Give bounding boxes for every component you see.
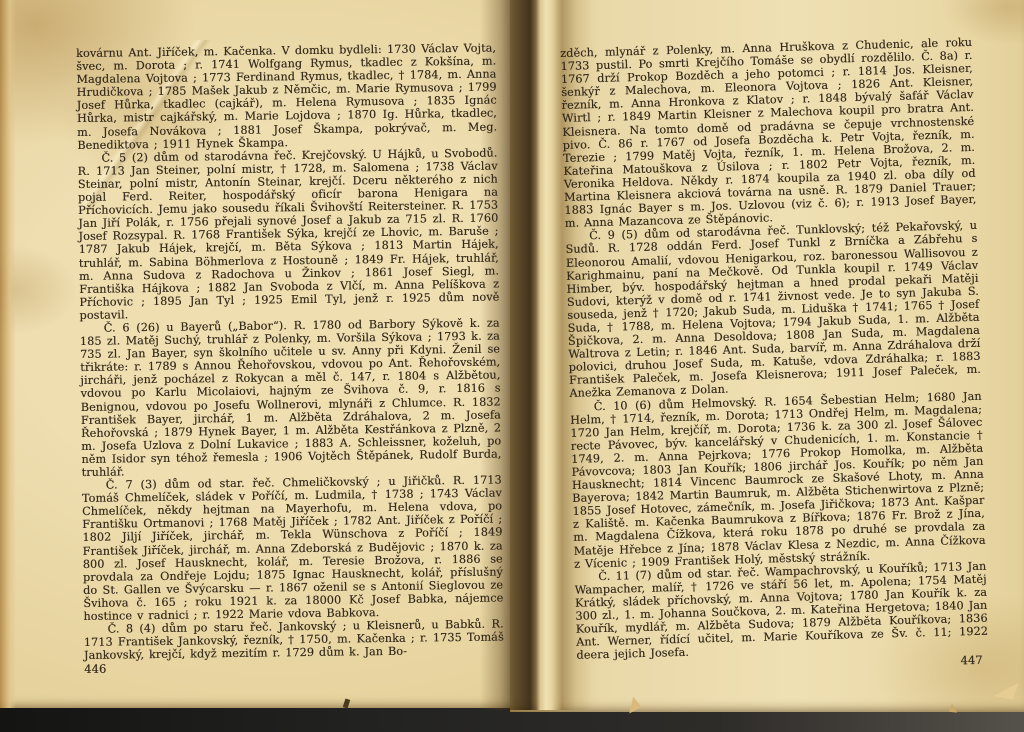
paragraph: Č. 10 (6) dům Helmovský. R. 1654 Šebesti… — [570, 389, 986, 570]
paragraph: Č. 11 (7) dům od star. řeč. Wampachrovsk… — [574, 559, 988, 662]
paragraph: Č. 8 (4) dům po staru řeč. Jankovský ; u… — [84, 618, 504, 663]
paragraph: kovárnu Ant. Jiříček, m. Kačenka. V domk… — [76, 42, 497, 152]
paragraph: Č. 6 (26) u Bayerů („Babor“). R. 1780 od… — [80, 316, 502, 479]
book-photo: kovárnu Ant. Jiříček, m. Kačenka. V domk… — [0, 0, 1024, 732]
paragraph: Č. 5 (2) dům od starodávna řeč. Krejčovs… — [77, 146, 499, 322]
paragraph: Č. 9 (5) dům od starodávna řeč. Tunklovs… — [565, 219, 981, 400]
paragraph: Č. 7 (3) dům od star. řeč. Chmeličkovský… — [82, 474, 504, 624]
left-paragraphs: kovárnu Ant. Jiříček, m. Kačenka. V domk… — [76, 42, 504, 663]
left-page-text: kovárnu Ant. Jiříček, m. Kačenka. V domk… — [76, 42, 504, 677]
right-page-text: zděch, mlynář z Polenky, m. Anna Hruškov… — [560, 36, 989, 678]
open-book: kovárnu Ant. Jiříček, m. Kačenka. V domk… — [0, 0, 1024, 712]
right-paragraphs: zděch, mlynář z Polenky, m. Anna Hruškov… — [560, 36, 988, 662]
left-page-edge — [0, 0, 16, 708]
paragraph: zděch, mlynář z Polenky, m. Anna Hruškov… — [560, 36, 977, 230]
